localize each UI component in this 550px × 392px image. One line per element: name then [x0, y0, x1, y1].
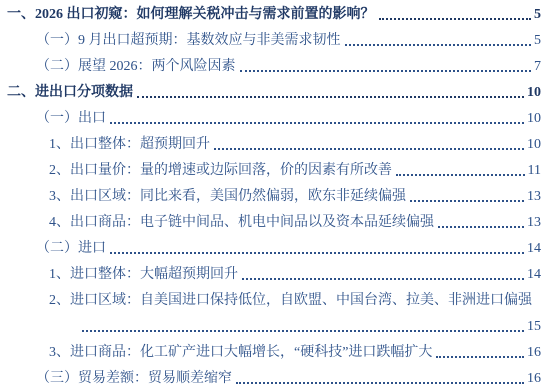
dot-leader: [396, 174, 525, 176]
toc-entry-label: 二、进出口分项数据: [7, 80, 133, 106]
toc-entry-label: （一）9 月出口超预期：基数效应与非美需求韧性: [36, 28, 341, 54]
toc-entry-page: 5: [534, 28, 541, 54]
toc-entry[interactable]: （一）出口10: [7, 106, 541, 132]
toc-entry[interactable]: （二）展望 2026：两个风险因素7: [7, 54, 541, 80]
toc-entry-page: 5: [534, 2, 541, 28]
toc-entry-label: （三）贸易差额：贸易顺差缩窄: [36, 366, 232, 392]
toc-entry-page: 15: [527, 314, 541, 340]
toc-entry-label: 1、进口整体：大幅超预期回升: [49, 262, 238, 288]
toc-entry-label: 3、进口商品：化工矿产进口大幅增长，“硬科技”进口跌幅扩大: [49, 340, 432, 366]
toc-entry-label: （二）进口: [36, 236, 106, 262]
dot-leader: [214, 148, 524, 150]
toc-entry-page: 10: [527, 106, 541, 132]
toc-entry[interactable]: 1、出口整体：超预期回升10: [7, 132, 541, 158]
toc-entry[interactable]: （三）贸易差额：贸易顺差缩窄16: [7, 366, 541, 392]
toc-entry[interactable]: 一、2026 出口初窥：如何理解关税冲击与需求前置的影响？5: [7, 2, 541, 28]
dot-leader: [438, 226, 524, 228]
toc-entry[interactable]: 2、进口区域：自美国进口保持低位，自欧盟、中国台湾、拉美、非洲进口偏强: [7, 288, 541, 314]
toc-entry[interactable]: 15: [7, 314, 541, 340]
toc-entry-label: 2、出口量价：量的增速或边际回落，价的因素有所改善: [49, 158, 392, 184]
toc-entry-page: 13: [527, 210, 541, 236]
toc-entry[interactable]: （一）9 月出口超预期：基数效应与非美需求韧性5: [7, 28, 541, 54]
toc-entry-label: 一、2026 出口初窥：如何理解关税冲击与需求前置的影响？: [7, 2, 375, 28]
toc-entry-page: 16: [527, 366, 541, 392]
toc-entry-page: 10: [527, 132, 541, 158]
dot-leader: [436, 356, 524, 358]
toc-entry-page: 14: [527, 236, 541, 262]
dot-leader: [137, 96, 524, 98]
dot-leader: [379, 18, 532, 20]
toc-entry[interactable]: 二、进出口分项数据10: [7, 80, 541, 106]
toc-panel: 一、2026 出口初窥：如何理解关税冲击与需求前置的影响？5（一）9 月出口超预…: [0, 0, 550, 392]
toc-entry-page: 7: [534, 54, 541, 80]
toc-entry-page: 16: [527, 340, 541, 366]
dot-leader: [236, 382, 524, 384]
toc-entry-label: （二）展望 2026：两个风险因素: [36, 54, 236, 80]
toc-entry-page: 14: [527, 262, 541, 288]
toc-entry[interactable]: 3、出口区域：同比来看，美国仍然偏弱，欧东非延续偏强13: [7, 184, 541, 210]
toc-entry-label: 3、出口区域：同比来看，美国仍然偏弱，欧东非延续偏强: [49, 184, 406, 210]
toc-entry[interactable]: 1、进口整体：大幅超预期回升14: [7, 262, 541, 288]
toc-entry-label: （一）出口: [36, 106, 106, 132]
toc-entry[interactable]: 4、出口商品：电子链中间品、机电中间品以及资本品延续偏强13: [7, 210, 541, 236]
toc-entry[interactable]: （二）进口14: [7, 236, 541, 262]
dot-leader: [82, 330, 524, 332]
toc-entry-page: 11: [528, 158, 541, 184]
toc-entry[interactable]: 3、进口商品：化工矿产进口大幅增长，“硬科技”进口跌幅扩大16: [7, 340, 541, 366]
dot-leader: [410, 200, 524, 202]
dot-leader: [110, 122, 524, 124]
dot-leader: [345, 44, 532, 46]
toc-entry-label: 2、进口区域：自美国进口保持低位，自欧盟、中国台湾、拉美、非洲进口偏强: [49, 288, 532, 314]
toc-entry-label: 4、出口商品：电子链中间品、机电中间品以及资本品延续偏强: [49, 210, 434, 236]
dot-leader: [240, 70, 532, 72]
toc-entry[interactable]: 2、出口量价：量的增速或边际回落，价的因素有所改善11: [7, 158, 541, 184]
toc-entry-page: 13: [527, 184, 541, 210]
dot-leader: [110, 252, 524, 254]
toc-entry-page: 10: [527, 80, 541, 106]
dot-leader: [242, 278, 524, 280]
toc-entry-label: 1、出口整体：超预期回升: [49, 132, 210, 158]
